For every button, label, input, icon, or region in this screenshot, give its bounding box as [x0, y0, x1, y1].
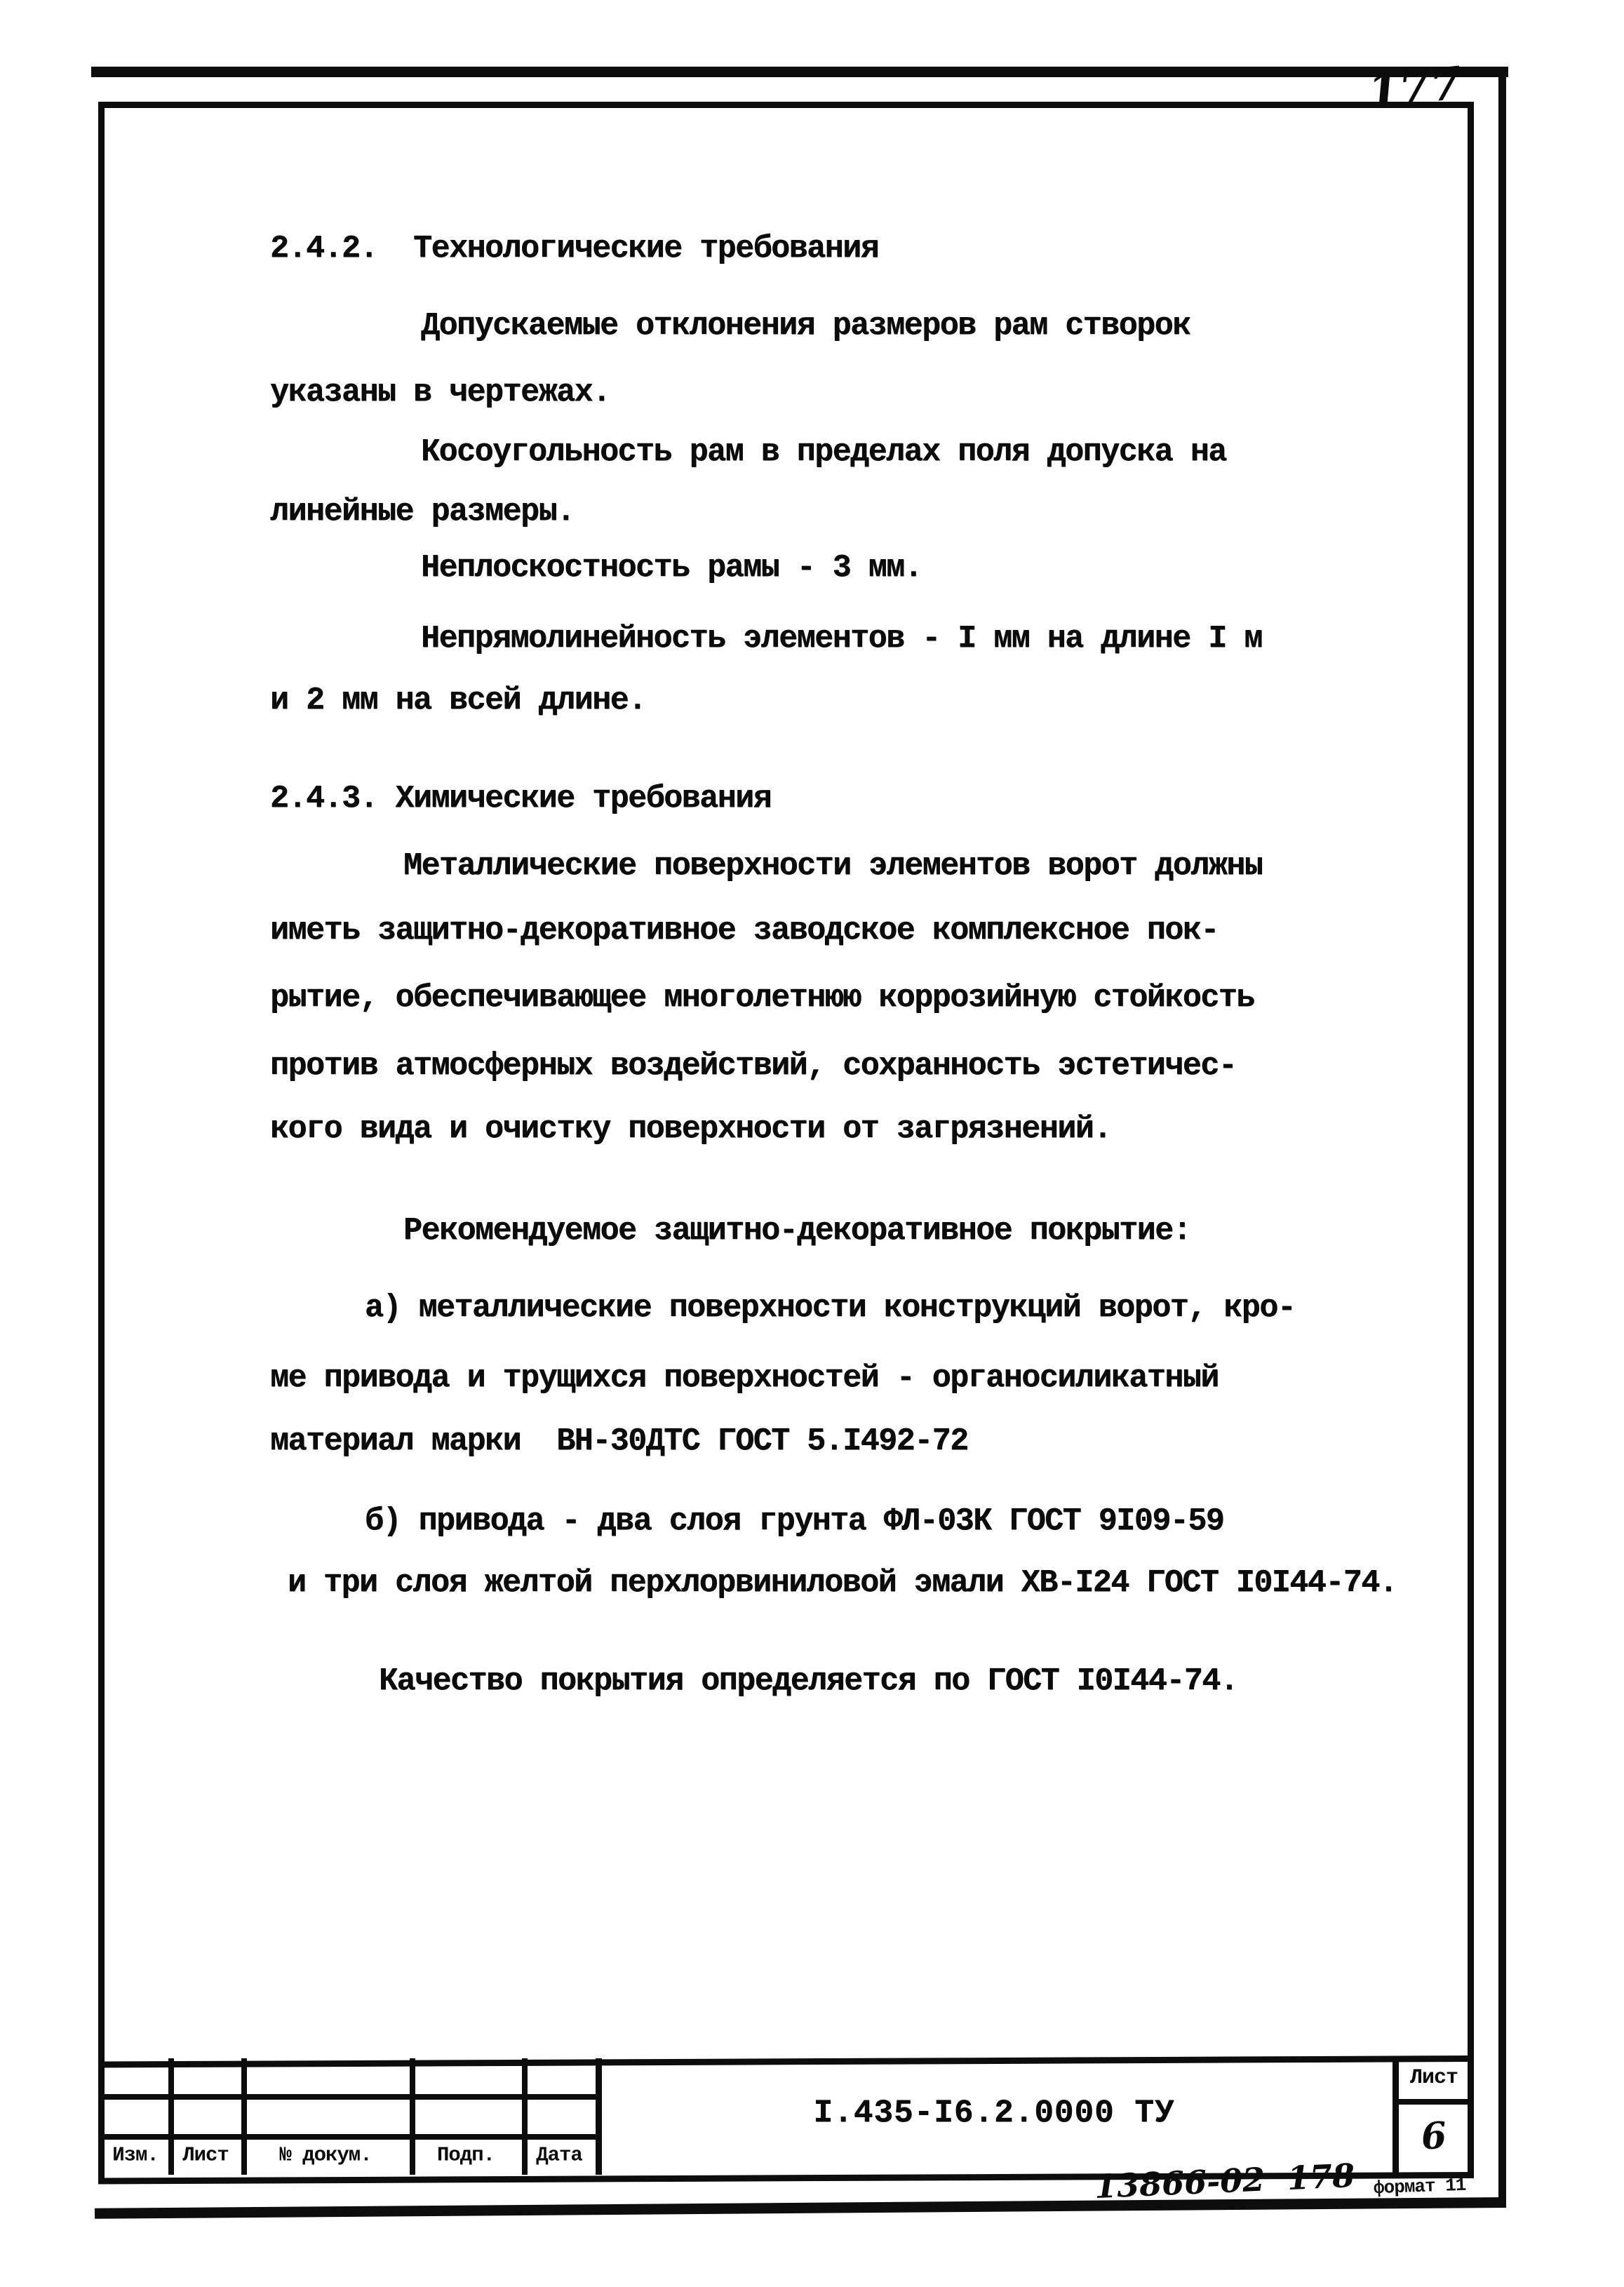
text-line: Непрямолинейность элементов - I мм на дл… [421, 623, 1262, 655]
page-number-handwritten: 177 [1365, 57, 1464, 119]
title-block-col-line [522, 2058, 528, 2175]
text-line: Качество покрытия определяется по ГОСТ I… [379, 1665, 1237, 1697]
bottom-border-line [95, 2197, 1506, 2219]
top-border-line [91, 67, 1508, 77]
section-heading: 2.4.2. Технологические требования [270, 233, 878, 264]
text-line: ме привода и трущихся поверхностей - орг… [270, 1362, 1219, 1394]
sheet-number-handwritten: 6 [1420, 2114, 1448, 2158]
title-block-col-line [168, 2058, 174, 2175]
text-line: иметь защитно-декоративное заводское ком… [270, 915, 1219, 946]
sheet-box-divider-line [1393, 2099, 1471, 2105]
frame-top-line [98, 102, 1474, 108]
text-line: Косоугольность рам в пределах поля допус… [421, 436, 1226, 468]
text-line: материал марки ВН-30ДТС ГОСТ 5.I492-72 [270, 1426, 968, 1457]
text-line: линейные размеры. [270, 496, 575, 528]
col-label-dokum: № докум. [279, 2144, 371, 2167]
title-block-col-line [410, 2058, 415, 2175]
col-label-list: Лист [182, 2144, 229, 2167]
text-line: указаны в чертежах. [270, 377, 610, 408]
text-line: рытие, обеспечивающее многолетнюю корроз… [270, 982, 1254, 1014]
frame-left-line [98, 102, 105, 2178]
format-note: формат 11 [1374, 2175, 1466, 2199]
document-body: 2.4.2. Технологические требования Допуск… [270, 233, 1477, 1776]
sheet-label: Лист [1410, 2066, 1458, 2090]
col-label-izm: Изм. [112, 2144, 159, 2167]
text-line: против атмосферных воздействий, сохранно… [270, 1050, 1236, 1082]
title-block-col-line [241, 2058, 247, 2175]
text-line: б) привода - два слоя грунта ФЛ-03К ГОСТ… [365, 1505, 1223, 1537]
text-line: и 2 мм на всей длине. [270, 685, 646, 716]
document-number: I.435-I6.2.0000 ТУ [814, 2095, 1175, 2131]
text-line: кого вида и очистку поверхности от загря… [270, 1113, 1111, 1145]
text-line: а) металлические поверхности конструкций… [365, 1292, 1295, 1324]
outer-right-border [1498, 67, 1506, 2203]
text-line: Металлические поверхности элементов воро… [403, 850, 1262, 882]
sheet-box-left-line [1393, 2058, 1399, 2175]
scanned-document-page: 177 2.4.2. Технологические требования До… [0, 0, 1624, 2287]
title-block-col-line [596, 2058, 602, 2175]
text-line: Неплоскостность рамы - 3 мм. [421, 552, 922, 584]
text-line: Допускаемые отклонения размеров рам ство… [421, 310, 1190, 342]
section-heading: 2.4.3. Химические требования [270, 783, 771, 814]
text-line: Рекомендуемое защитно-декоративное покры… [403, 1215, 1190, 1247]
col-label-data: Дата [536, 2144, 582, 2167]
col-label-podp: Подп. [437, 2144, 495, 2167]
text-line: и три слоя желтой перхлорвиниловой эмали… [288, 1567, 1397, 1599]
title-block-top-line [98, 2055, 1474, 2068]
